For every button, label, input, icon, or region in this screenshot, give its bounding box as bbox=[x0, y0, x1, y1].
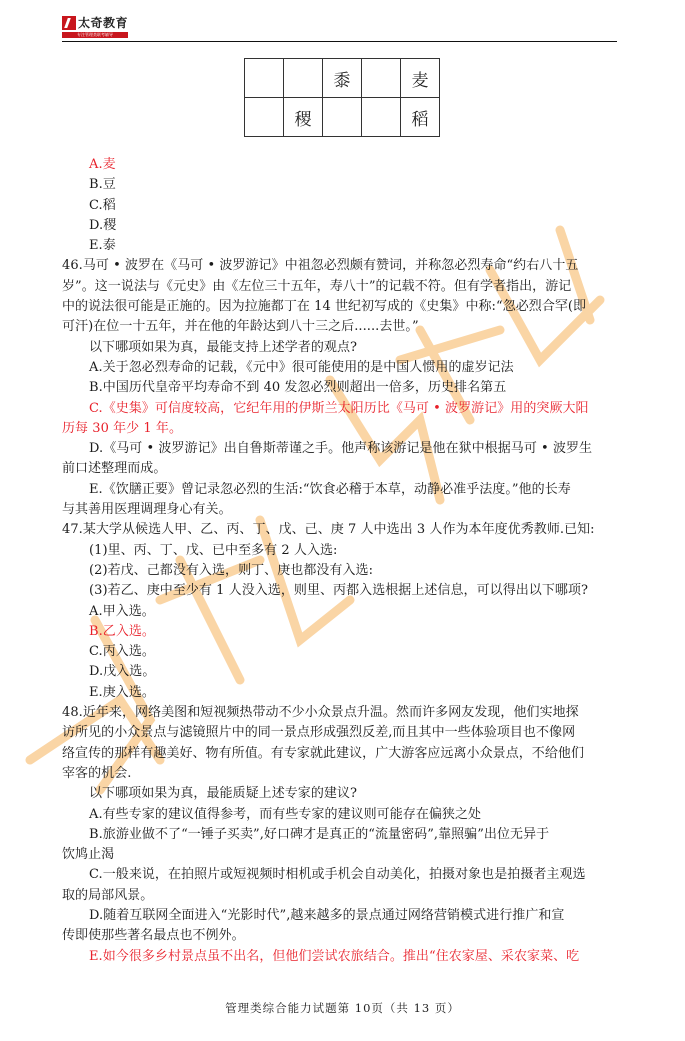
q45-option-c: C.稻 bbox=[62, 196, 618, 216]
table-cell bbox=[284, 59, 323, 98]
q46-option-e: E.《饮膳正要》曾记录忽必烈的生活:“饮食必稽于本草，动静必准乎法度。”他的长寿 bbox=[62, 480, 618, 500]
table-cell: 稻 bbox=[401, 98, 440, 137]
q47-option-c: C.丙入选。 bbox=[62, 642, 618, 662]
q48-option-a: A.有些专家的建议值得参考，而有些专家的建议则可能存在偏狭之处 bbox=[62, 805, 618, 825]
page-footer: 管理类综合能力试题第 10页（共 13 页） bbox=[0, 1000, 685, 1016]
question-46: 46.马可 • 波罗在《马可 • 波罗游记》中祖忽必烈颇有赞词，并称忽必烈寿命“… bbox=[62, 256, 618, 520]
q47-condition-1: (1)里、丙、丁、戊、已中至多有 2 人入选: bbox=[62, 541, 618, 561]
table-row: 黍 麦 bbox=[245, 59, 440, 98]
q47-stem: 47.某大学从候选人甲、乙、丙、丁、戊、己、庚 7 人中选出 3 人作为本年度优… bbox=[62, 520, 618, 540]
q46-stem-line: 中的说法很可能是正施的。因为拉施都丁在 14 世纪初写成的《史集》中称:“忽必烈… bbox=[62, 297, 618, 317]
table-cell bbox=[245, 98, 284, 137]
q46-stem-line: 可汗)在位一十五年，并在他的年龄达到八十三之后......去世。” bbox=[62, 317, 618, 337]
q47-condition-3: (3)若乙、庚中至少有 1 人没入选，则里、丙都入选根据上述信息，可以得出以下哪… bbox=[62, 581, 618, 601]
table-cell: 稷 bbox=[284, 98, 323, 137]
logo-mark-icon bbox=[62, 16, 76, 30]
q48-option-d: D.随着互联网全面进入“光影时代”,越来越多的景点通过网络营销模式进行推广和宣 bbox=[62, 906, 618, 926]
page-header: 太奇教育 专注管理类联考辅导 bbox=[62, 16, 617, 42]
q45-option-b: B.豆 bbox=[62, 175, 618, 195]
table-cell bbox=[245, 59, 284, 98]
q45-option-d: D.稷 bbox=[62, 216, 618, 236]
question-48: 48.近年来，网络美图和短视频热带动不少小众景点升温。然而许多网友发现，他们实地… bbox=[62, 703, 618, 967]
q47-option-a: A.甲入选。 bbox=[62, 602, 618, 622]
table-row: 稷 稻 bbox=[245, 98, 440, 137]
q48-stem-line: 访所见的小众景点与滤镜照片中的同一景点形成强烈反差,而且其中一些体验项目也不像网 bbox=[62, 723, 618, 743]
q45-option-a: A.麦 bbox=[62, 155, 618, 175]
q45-options: A.麦 B.豆 C.稻 D.稷 E.泰 bbox=[62, 155, 618, 256]
q48-option-d-cont: 传即使那些著名最点也不例外。 bbox=[62, 926, 618, 946]
q48-option-b-cont: 饮鸠止渴 bbox=[62, 845, 618, 865]
q46-option-d-cont: 前口述整理而成。 bbox=[62, 459, 618, 479]
q48-option-c-cont: 取的局部风景。 bbox=[62, 886, 618, 906]
q46-stem-line: 46.马可 • 波罗在《马可 • 波罗游记》中祖忽必烈颇有赞词，并称忽必烈寿命“… bbox=[62, 256, 618, 276]
question-47: 47.某大学从候选人甲、乙、丙、丁、戊、己、庚 7 人中选出 3 人作为本年度优… bbox=[62, 520, 618, 703]
q48-option-e: E.如今很多乡村景点虽不出名，但他们尝试农旅结合。推出“住农家屋、采农家菜、吃 bbox=[62, 947, 618, 967]
table-cell bbox=[362, 98, 401, 137]
q47-option-b: B.乙入选。 bbox=[62, 622, 618, 642]
q46-option-d: D.《马可 • 波罗游记》出自鲁斯蒂谨之手。他声称该游记是他在狱中根据马可 • … bbox=[62, 439, 618, 459]
q48-question: 以下哪项如果为真，最能质疑上述专家的建议? bbox=[62, 784, 618, 804]
q47-condition-2: (2)若戊、己都没有入选，则丁、庚也都没有入选: bbox=[62, 561, 618, 581]
table-cell: 黍 bbox=[323, 59, 362, 98]
logo-subtitle: 专注管理类联考辅导 bbox=[62, 32, 128, 38]
q48-stem-line: 48.近年来，网络美图和短视频热带动不少小众景点升温。然而许多网友发现，他们实地… bbox=[62, 703, 618, 723]
q48-stem-line: 络宣传的那样有趣美好、物有所值。有专家就此建议，广大游客应远离小众景点，不给他们 bbox=[62, 744, 618, 764]
table-cell bbox=[362, 59, 401, 98]
q48-option-c: C.一般来说，在拍照片或短视频时相机或手机会自动美化，拍摄对象也是拍摄者主观选 bbox=[62, 865, 618, 885]
q48-stem-line: 宰客的机会. bbox=[62, 764, 618, 784]
brand-logo: 太奇教育 专注管理类联考辅导 bbox=[62, 16, 128, 40]
q46-option-e-cont: 与其善用医理调理身心有关。 bbox=[62, 500, 618, 520]
q46-question: 以下哪项如果为真，最能支持上述学者的观点? bbox=[62, 338, 618, 358]
table-cell bbox=[323, 98, 362, 137]
q47-option-d: D.戊入选。 bbox=[62, 662, 618, 682]
q46-option-b: B.中国历代皇帝平均寿命不到 40 发忽必烈则超出一倍多，历史排名第五 bbox=[62, 378, 618, 398]
document-body: A.麦 B.豆 C.稻 D.稷 E.泰 46.马可 • 波罗在《马可 • 波罗游… bbox=[62, 155, 618, 967]
q46-option-c: C.《史集》可信度较高，它纪年用的伊斯兰太阳历比《马可 • 波罗游记》用的突厥大… bbox=[62, 399, 618, 419]
q47-option-e: E.庚入选。 bbox=[62, 683, 618, 703]
table-cell: 麦 bbox=[401, 59, 440, 98]
q46-option-c-cont: 历每 30 年少 1 年。 bbox=[62, 419, 618, 439]
q48-option-b: B.旅游业做不了“一锤子买卖”,好口碑才是真正的“流量密码”,靠照骗”出位无异于 bbox=[62, 825, 618, 845]
logo-text: 太奇教育 bbox=[78, 14, 128, 31]
q45-option-e: E.泰 bbox=[62, 236, 618, 256]
grain-grid-table: 黍 麦 稷 稻 bbox=[244, 58, 440, 137]
q46-option-a: A.关于忽必烈寿命的记载，《元中》很可能使用的是中国人惯用的虚岁记法 bbox=[62, 358, 618, 378]
header-divider bbox=[62, 41, 617, 42]
q46-stem-line: 岁”。这一说法与《元史》由《左位三十五年，寿八十”的记载不符。但有学者指出，游记 bbox=[62, 277, 618, 297]
